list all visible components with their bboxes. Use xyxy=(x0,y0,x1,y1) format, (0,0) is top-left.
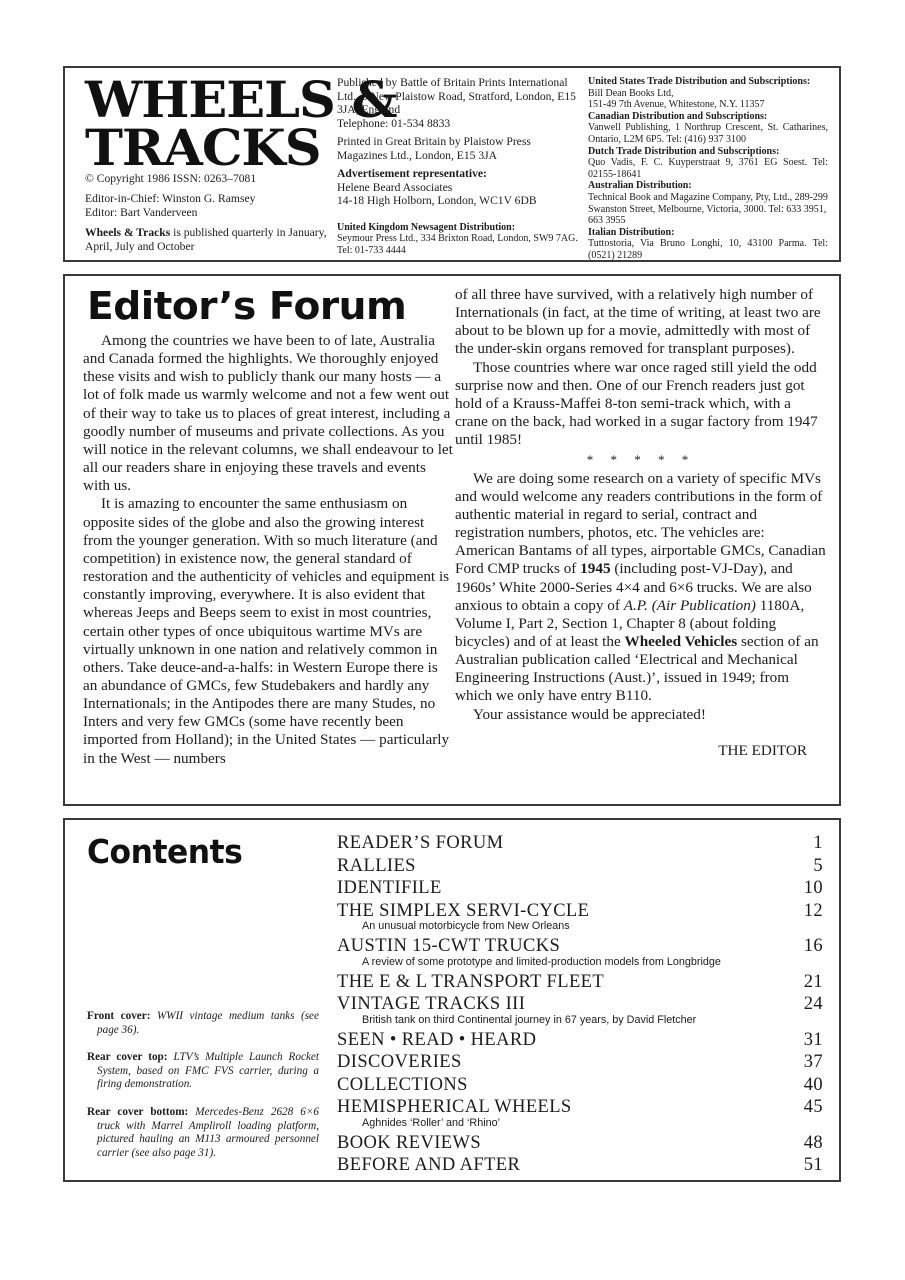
editor: Editor: Bart Vanderveen xyxy=(85,206,197,219)
toc-entry[interactable]: BOOK REVIEWS48 xyxy=(337,1132,823,1155)
toc-page: 5 xyxy=(813,855,823,878)
toc-entry[interactable]: BEFORE AND AFTER51 xyxy=(337,1154,823,1177)
publisher-telephone: Telephone: 01-534 8833 xyxy=(337,117,450,130)
toc-title: BEFORE AND AFTER xyxy=(337,1154,520,1177)
toc-entry[interactable]: DISCOVERIES37 xyxy=(337,1051,823,1074)
cover-captions: Front cover: WWII vintage medium tanks (… xyxy=(87,1010,319,1174)
forum-column-right: of all three have survived, with a relat… xyxy=(455,286,827,760)
masthead-distribution: United States Trade Distribution and Sub… xyxy=(588,76,828,262)
toc-entry[interactable]: COLLECTIONS40 xyxy=(337,1074,823,1097)
toc-entry[interactable]: THE SIMPLEX SERVI-CYCLE12 An unusual mot… xyxy=(337,900,823,933)
editors-forum-box: Editor’s Forum Among the countries we ha… xyxy=(63,274,841,806)
distribution-italy: Italian Distribution: Tuttostoria, Via B… xyxy=(588,227,828,262)
distribution-australia: Australian Distribution: Technical Book … xyxy=(588,180,828,226)
forum-paragraph-1: Among the countries we have been to of l… xyxy=(83,332,453,495)
publisher-block: Published by Battle of Britain Prints In… xyxy=(337,76,582,130)
toc-page: 37 xyxy=(804,1051,823,1074)
forum-paragraph-2-continued: of all three have survived, with a relat… xyxy=(455,286,827,359)
publication-name: Wheels & Tracks xyxy=(85,226,170,239)
table-of-contents: READER’S FORUM1 RALLIES5 IDENTIFILE10 TH… xyxy=(337,832,823,1177)
toc-title: IDENTIFILE xyxy=(337,877,442,900)
forum-paragraph-2: It is amazing to encounter the same enth… xyxy=(83,495,453,767)
distribution-us: United States Trade Distribution and Sub… xyxy=(588,76,828,111)
toc-entry[interactable]: AUSTIN 15-CWT TRUCKS16 A review of some … xyxy=(337,935,823,968)
toc-title: DISCOVERIES xyxy=(337,1051,462,1074)
publisher-address: Published by Battle of Britain Prints In… xyxy=(337,76,576,116)
toc-entry[interactable]: HEMISPHERICAL WHEELS45 Aghnides ‘Roller’… xyxy=(337,1096,823,1129)
section-separator: * * * * * xyxy=(455,451,827,469)
toc-entry[interactable]: IDENTIFILE10 xyxy=(337,877,823,900)
forum-paragraph-3: Those countries where war once raged sti… xyxy=(455,359,827,450)
toc-title: BOOK REVIEWS xyxy=(337,1132,481,1155)
toc-entry[interactable]: SEEN • READ • HEARD31 xyxy=(337,1029,823,1052)
toc-page: 48 xyxy=(804,1132,823,1155)
printer-info: Printed in Great Britain by Plaistow Pre… xyxy=(337,135,582,162)
caption-rear-cover-bottom: Rear cover bottom: Mercedes-Benz 2628 6×… xyxy=(87,1106,319,1160)
toc-title: HEMISPHERICAL WHEELS xyxy=(337,1096,572,1119)
distribution-canada: Canadian Distribution and Subscriptions:… xyxy=(588,111,828,146)
copyright-line: © Copyright 1986 ISSN: 0263–7081 xyxy=(85,172,335,186)
advertisement-rep: Advertisement representative: Helene Bea… xyxy=(337,167,582,208)
toc-page: 12 xyxy=(804,900,823,923)
toc-entry[interactable]: THE E & L TRANSPORT FLEET21 xyxy=(337,971,823,994)
editor-in-chief: Editor-in-Chief: Winston G. Ramsey xyxy=(85,192,255,205)
editor-signoff: THE EDITOR xyxy=(455,742,827,760)
editor-credits: Editor-in-Chief: Winston G. Ramsey Edito… xyxy=(85,192,335,220)
toc-entry[interactable]: VINTAGE TRACKS III24 British tank on thi… xyxy=(337,993,823,1026)
forum-column-left: Among the countries we have been to of l… xyxy=(83,332,453,768)
uk-distribution: United Kingdom Newsagent Distribution: S… xyxy=(337,222,582,257)
masthead-credits: © Copyright 1986 ISSN: 0263–7081 Editor-… xyxy=(85,172,335,260)
toc-page: 31 xyxy=(804,1029,823,1052)
toc-page: 24 xyxy=(804,993,823,1016)
toc-subtitle: Aghnides ‘Roller’ and ‘Rhino’ xyxy=(337,1117,823,1129)
toc-page: 16 xyxy=(804,935,823,958)
toc-title: RALLIES xyxy=(337,855,416,878)
masthead-box: WHEELS & TRACKS © Copyright 1986 ISSN: 0… xyxy=(63,66,841,262)
toc-page: 1 xyxy=(813,832,823,855)
forum-paragraph-4: We are doing some research on a variety … xyxy=(455,470,827,706)
distribution-dutch: Dutch Trade Distribution and Subscriptio… xyxy=(588,146,828,181)
toc-entry[interactable]: RALLIES5 xyxy=(337,855,823,878)
toc-page: 40 xyxy=(804,1074,823,1097)
toc-title: THE E & L TRANSPORT FLEET xyxy=(337,971,604,994)
masthead-publisher-info: Published by Battle of Britain Prints In… xyxy=(337,76,582,261)
caption-front-cover: Front cover: WWII vintage medium tanks (… xyxy=(87,1010,319,1037)
toc-title: READER’S FORUM xyxy=(337,832,503,855)
toc-page: 51 xyxy=(804,1154,823,1177)
toc-title: COLLECTIONS xyxy=(337,1074,468,1097)
toc-page: 21 xyxy=(804,971,823,994)
forum-paragraph-5: Your assistance would be appreciated! xyxy=(455,706,827,724)
publication-schedule: Wheels & Tracks is published quarterly i… xyxy=(85,226,335,254)
toc-title: SEEN • READ • HEARD xyxy=(337,1029,536,1052)
toc-entry[interactable]: READER’S FORUM1 xyxy=(337,832,823,855)
toc-title: AUSTIN 15-CWT TRUCKS xyxy=(337,935,560,958)
contents-title: Contents xyxy=(87,832,242,872)
toc-subtitle: A review of some prototype and limited-p… xyxy=(337,956,823,968)
toc-title: VINTAGE TRACKS III xyxy=(337,993,525,1016)
toc-title: THE SIMPLEX SERVI-CYCLE xyxy=(337,900,589,923)
caption-rear-cover-top: Rear cover top: LTV’s Multiple Launch Ro… xyxy=(87,1051,319,1092)
editors-forum-title: Editor’s Forum xyxy=(87,284,406,328)
toc-subtitle: British tank on third Continental journe… xyxy=(337,1014,823,1026)
contents-box: Contents Front cover: WWII vintage mediu… xyxy=(63,818,841,1182)
toc-page: 10 xyxy=(804,877,823,900)
toc-page: 45 xyxy=(804,1096,823,1119)
